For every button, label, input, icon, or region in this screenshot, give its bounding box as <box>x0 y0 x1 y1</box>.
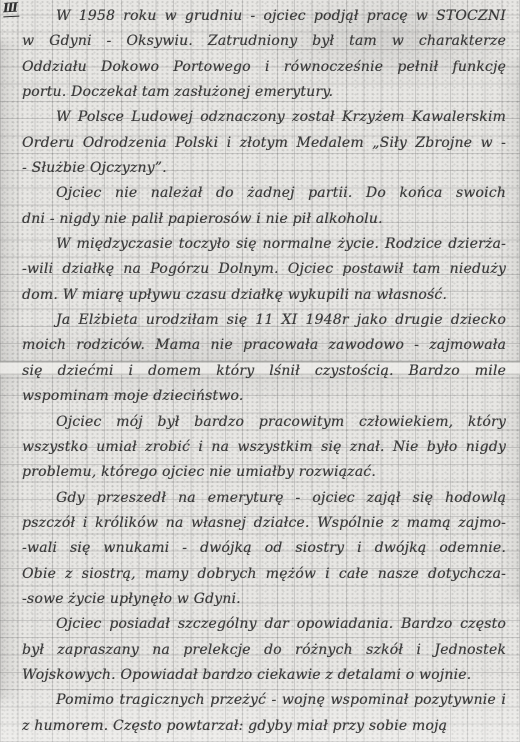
handwritten-line: moich rodziców. Mama nie pracowała zawod… <box>22 333 506 358</box>
handwritten-line: W Polsce Ludowej odznaczony został Krzyż… <box>22 105 506 130</box>
handwritten-line: Pomimo tragicznych przeżyć - wojnę wspom… <box>22 688 506 713</box>
handwritten-line: Ojciec nie należał do żadnej partii. Do … <box>22 181 506 206</box>
handwritten-line: pszczół i królików na własnej działce. W… <box>22 511 506 536</box>
handwritten-line: Ja Elżbieta urodziłam się 11 XI 1948r ja… <box>22 308 506 333</box>
handwritten-line: Obie z siostrą, mamy dobrych mężów i cał… <box>22 562 506 587</box>
handwritten-line: dni - nigdy nie palił papierosów i nie p… <box>22 207 506 232</box>
handwritten-line: Orderu Odrodzenia Polski i złotym Medale… <box>22 131 506 156</box>
handwritten-text-body: W 1958 roku w grudniu - ojciec podjął pr… <box>22 4 506 739</box>
handwritten-line: W międzyczasie toczyło się normalne życi… <box>22 232 506 257</box>
handwritten-line: Ojciec mój był bardzo pracowitym człowie… <box>22 410 506 435</box>
handwritten-line: się dziećmi i domem który lśnił czystośc… <box>22 359 506 384</box>
handwritten-line: Ojciec posiadał szczególny dar opowiadan… <box>22 612 506 637</box>
handwritten-line: - Służbie Ojczyzny”. <box>22 156 506 181</box>
handwritten-line: portu. Doczekał tam zasłużonej emerytury… <box>22 80 506 105</box>
handwritten-line: był zapraszany na prelekcje do różnych s… <box>22 638 506 663</box>
handwritten-line: -sowe życie upłynęło w Gdyni. <box>22 587 506 612</box>
handwritten-line: -wali się wnukami - dwójką od siostry i … <box>22 536 506 561</box>
handwritten-line: W 1958 roku w grudniu - ojciec podjął pr… <box>22 4 506 29</box>
handwritten-line: w Gdyni - Oksywiu. Zatrudniony był tam w… <box>22 29 506 54</box>
handwritten-line: Wojskowych. Opowiadał bardzo ciekawie z … <box>22 663 506 688</box>
handwritten-line: Oddziału Dokowo Portowego i równocześnie… <box>22 55 506 80</box>
handwritten-line: wszystko umiał zrobić i na wszystkim się… <box>22 435 506 460</box>
handwritten-line: wspominam moje dzieciństwo. <box>22 384 506 409</box>
handwritten-line: dom. W miarę upływu czasu działkę wykupi… <box>22 283 506 308</box>
page-number-marker: III <box>3 2 20 18</box>
handwritten-line: problemu, którego ojciec nie umiałby roz… <box>22 460 506 485</box>
scanned-manuscript-page: III W 1958 roku w grudniu - ojciec podją… <box>0 0 520 742</box>
handwritten-line: Gdy przeszedł na emeryturę - ojciec zają… <box>22 486 506 511</box>
handwritten-line: z humorem. Często powtarzał: gdyby miał … <box>22 714 506 739</box>
handwritten-line: -wili działkę na Pogórzu Dolnym. Ojciec … <box>22 257 506 282</box>
